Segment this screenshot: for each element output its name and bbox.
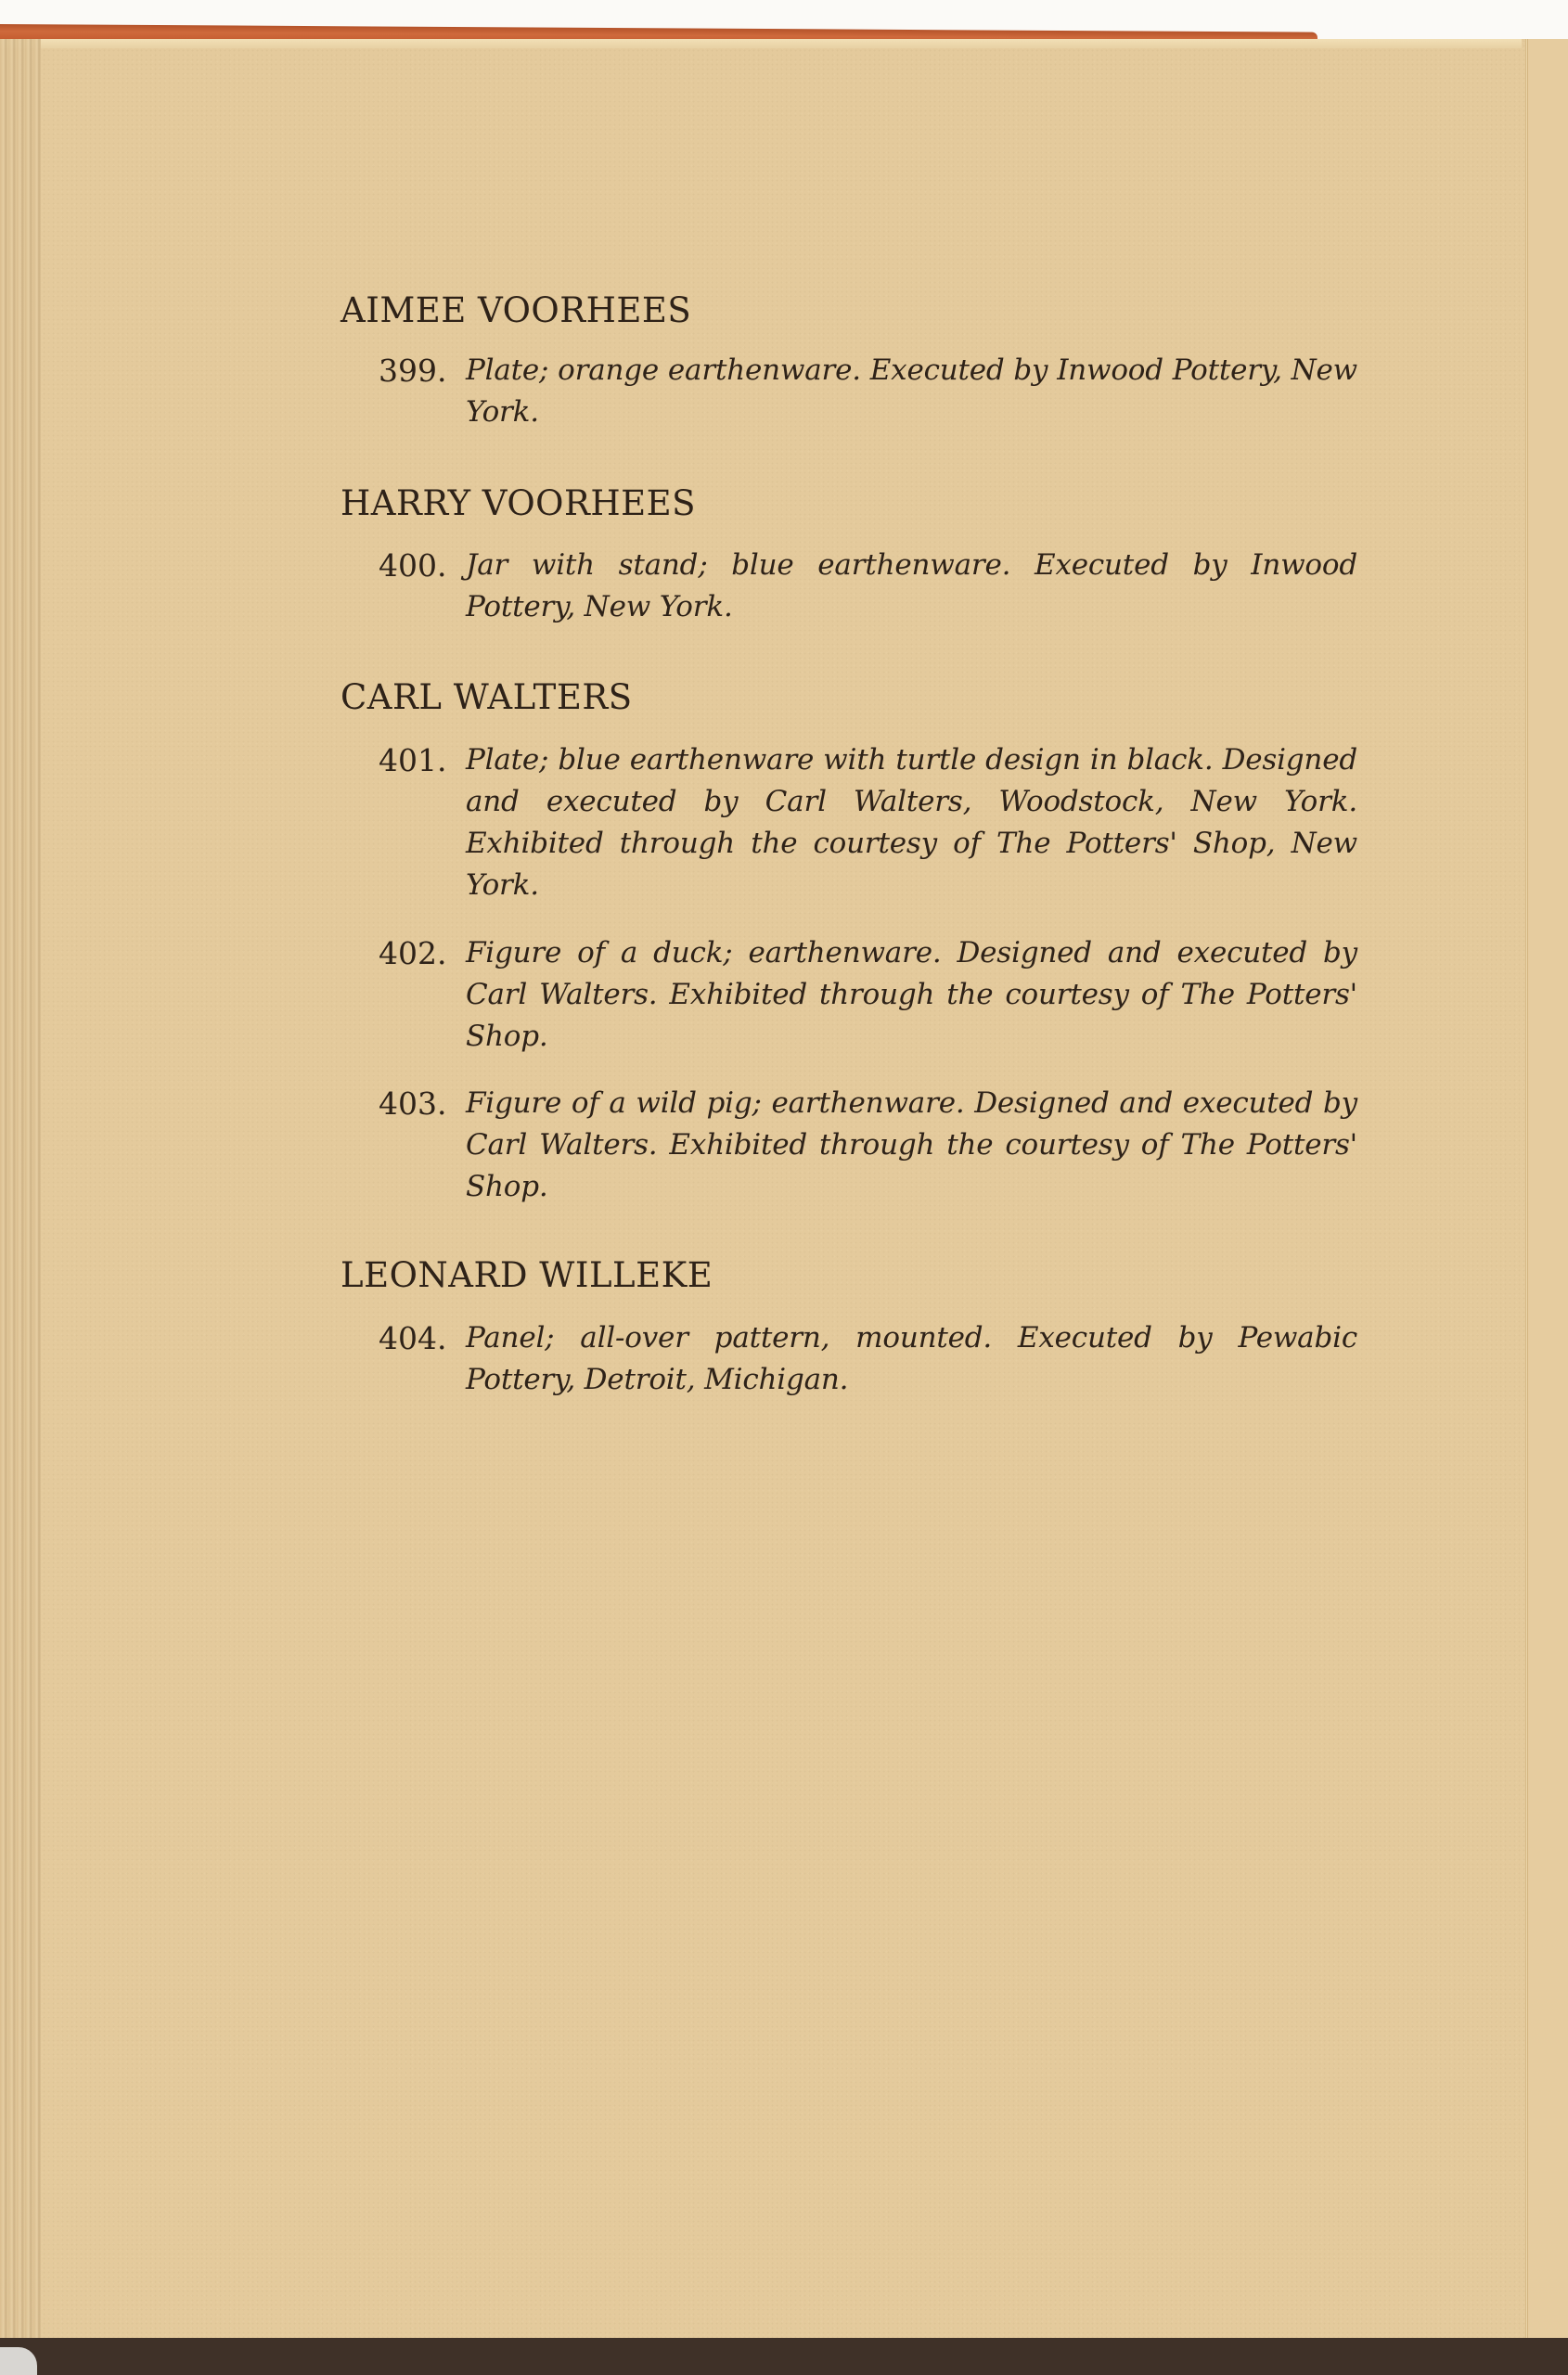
artist-heading: CARL WALTERS <box>341 680 633 714</box>
entry-description: Plate; orange earthenware. Executed by I… <box>466 350 1357 433</box>
artist-heading: AIMEE VOORHEES <box>341 293 691 327</box>
entry-number: 401. <box>379 739 446 781</box>
entry-number: 402. <box>379 932 446 974</box>
entry-description: Jar with stand; blue earthenware. Execut… <box>466 545 1357 628</box>
entry-number: 400. <box>379 545 446 586</box>
page-top-edge <box>0 39 1522 48</box>
entry-description: Figure of a duck; earthenware. Designed … <box>466 932 1357 1058</box>
artist-heading: LEONARD WILLEKE <box>341 1258 713 1292</box>
facing-page-edge <box>1528 39 1568 2345</box>
entry-description: Figure of a wild pig; earthenware. Desig… <box>466 1083 1357 1208</box>
catalog-entry: 403. Figure of a wild pig; earthenware. … <box>379 1083 1357 1208</box>
entry-description: Plate; blue earthenware with turtle desi… <box>466 739 1357 906</box>
artist-heading: HARRY VOORHEES <box>341 486 696 520</box>
catalog-entry: 400. Jar with stand; blue earthenware. E… <box>379 545 1357 628</box>
catalog-entry: 401. Plate; blue earthenware with turtle… <box>379 739 1357 906</box>
entry-description: Panel; all-over pattern, mounted. Execut… <box>466 1317 1357 1401</box>
catalog-entry: 402. Figure of a duck; earthenware. Desi… <box>379 932 1357 1058</box>
entry-number: 404. <box>379 1317 446 1359</box>
page-stack-edge <box>0 39 41 2345</box>
catalog-entry: 404. Panel; all-over pattern, mounted. E… <box>379 1317 1357 1401</box>
scan-shadow <box>0 2347 37 2375</box>
entry-number: 403. <box>379 1083 446 1124</box>
scan-background <box>0 2338 1568 2375</box>
catalog-entry: 399. Plate; orange earthenware. Executed… <box>379 350 1357 433</box>
entry-number: 399. <box>379 350 446 392</box>
